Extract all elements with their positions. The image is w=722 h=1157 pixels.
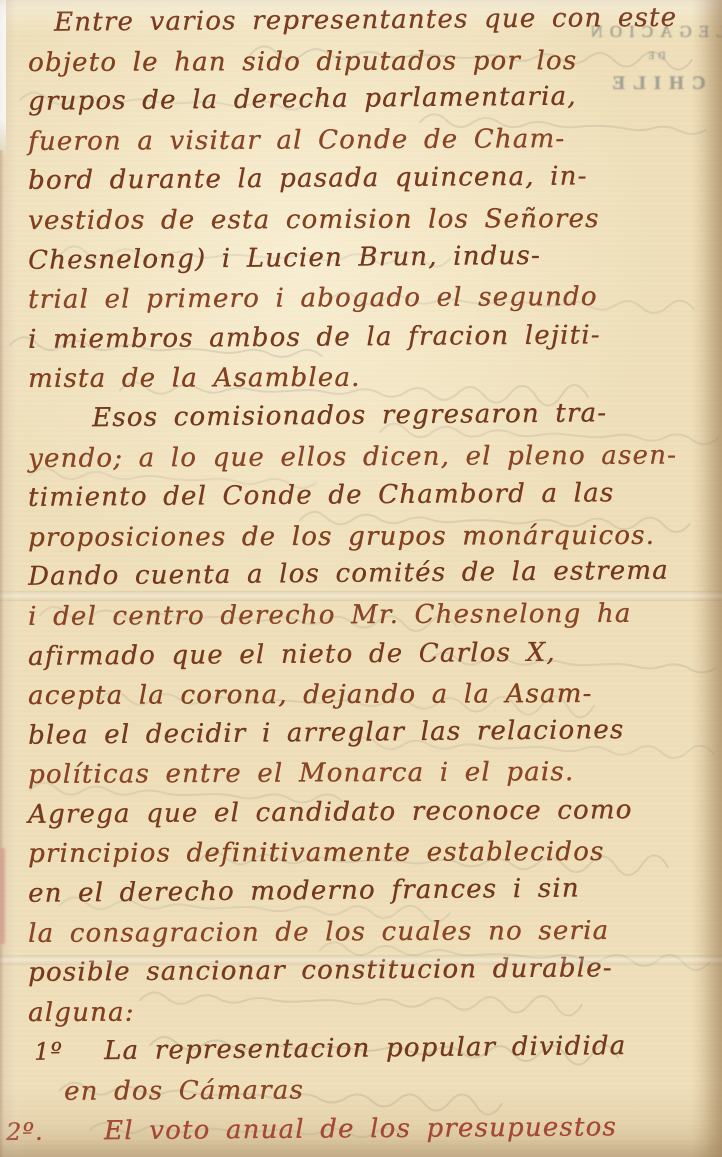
scanned-manuscript-page: { "stamp": { "line1": "LEGACION", "line2… bbox=[0, 0, 722, 1157]
manuscript-line: políticas entre el Monarca i el pais. bbox=[0, 753, 722, 796]
manuscript-line-text: vestidos de esta comision los Señores bbox=[28, 204, 600, 236]
manuscript-line-text: la consagracion de los cuales no seria bbox=[28, 915, 609, 948]
manuscript-line: 2º.El voto anual de los presupuestos bbox=[0, 1107, 722, 1152]
manuscript-line: Dando cuenta a los comités de la estrema bbox=[0, 551, 722, 598]
manuscript-line: en el derecho moderno frances i sin bbox=[0, 868, 722, 915]
manuscript-line-text: principios definitivamente establecidos bbox=[28, 837, 605, 869]
manuscript-line: bord durante la pasada quincena, in- bbox=[0, 157, 722, 202]
pink-edge-mark bbox=[0, 848, 5, 944]
manuscript-line-text: Chesnelong) i Lucien Brun, indus- bbox=[28, 240, 541, 275]
manuscript-line-text: políticas entre el Monarca i el pais. bbox=[28, 757, 574, 790]
manuscript-line-text: alguna: bbox=[28, 997, 135, 1027]
manuscript-line: grupos de la derecha parlamentaria, bbox=[0, 76, 722, 123]
manuscript-line: Entre varios representantes que con este bbox=[0, 0, 722, 44]
manuscript-line-text: en el derecho moderno frances i sin bbox=[28, 873, 580, 908]
manuscript-line-text: objeto le han sido diputados por los bbox=[28, 46, 577, 78]
list-number-marker: 2º. bbox=[6, 1112, 44, 1152]
manuscript-line-text: fueron a visitar al Conde de Cham- bbox=[28, 124, 565, 157]
manuscript-line-text: Entre varios representantes que con este bbox=[54, 3, 677, 38]
manuscript-line-text: Agrega que el candidato reconoce como bbox=[28, 795, 633, 830]
manuscript-line-text: acepta la corona, dejando a la Asam- bbox=[28, 679, 593, 711]
manuscript-line-text: trial el primero i abogado el segundo bbox=[28, 282, 598, 315]
manuscript-line-text: en dos Cámaras bbox=[64, 1075, 304, 1106]
manuscript-line-text: timiento del Conde de Chambord a las bbox=[28, 478, 614, 513]
manuscript-line-text: proposiciones de los grupos monárquicos. bbox=[28, 520, 655, 552]
manuscript-line-text: afirmado que el nieto de Carlos X, bbox=[28, 637, 556, 671]
manuscript-text: Entre varios representantes que con este… bbox=[0, 4, 722, 1152]
manuscript-line: afirmado que el nieto de Carlos X, bbox=[0, 632, 722, 677]
manuscript-line: i del centro derecho Mr. Chesnelong ha bbox=[0, 594, 722, 637]
manuscript-line-text: yendo; a lo que ellos dicen, el pleno as… bbox=[28, 440, 677, 473]
manuscript-line: la consagracion de los cuales no seria bbox=[0, 911, 722, 954]
list-number-marker: 1º bbox=[34, 1033, 63, 1073]
manuscript-line-text: blea el decidir i arreglar las relacione… bbox=[28, 715, 625, 751]
manuscript-line-text: Esos comisionados regresaron tra- bbox=[92, 398, 607, 433]
manuscript-line: blea el decidir i arreglar las relacione… bbox=[0, 710, 722, 757]
manuscript-line: Agrega que el candidato reconoce como bbox=[0, 790, 722, 835]
manuscript-line: timiento del Conde de Chambord a las bbox=[0, 473, 722, 518]
manuscript-line-text: posible sancionar constitucion durable- bbox=[28, 953, 613, 988]
manuscript-line-text: i miembros ambos de la fracion lejiti- bbox=[28, 320, 601, 354]
manuscript-line: Esos comisionados regresaron tra- bbox=[0, 393, 722, 440]
manuscript-line: fueron a visitar al Conde de Cham- bbox=[0, 119, 722, 162]
manuscript-line-text: mista de la Asamblea. bbox=[28, 363, 361, 394]
paper-left-edge-shadow bbox=[0, 150, 4, 1157]
manuscript-line: i miembros ambos de la fracion lejiti- bbox=[0, 315, 722, 360]
manuscript-line: posible sancionar constitucion durable- bbox=[0, 949, 722, 994]
scanner-background-edge bbox=[0, 0, 6, 158]
manuscript-line-text: grupos de la derecha parlamentaria, bbox=[28, 82, 577, 117]
manuscript-line: trial el primero i abogado el segundo bbox=[0, 277, 722, 320]
manuscript-line-text: La representacion popular dividida bbox=[104, 1031, 627, 1066]
manuscript-line: yendo; a lo que ellos dicen, el pleno as… bbox=[0, 436, 722, 479]
manuscript-line: en dos Cámaras bbox=[0, 1069, 722, 1112]
manuscript-line-text: El voto anual de los presupuestos bbox=[104, 1112, 617, 1146]
manuscript-line-text: Dando cuenta a los comités de la estrema bbox=[28, 556, 669, 592]
manuscript-line-text: bord durante la pasada quincena, in- bbox=[28, 162, 588, 196]
manuscript-line: 1ºLa representacion popular dividida bbox=[0, 1027, 722, 1074]
manuscript-line-text: i del centro derecho Mr. Chesnelong ha bbox=[28, 599, 632, 632]
manuscript-line: Chesnelong) i Lucien Brun, indus- bbox=[0, 235, 722, 282]
